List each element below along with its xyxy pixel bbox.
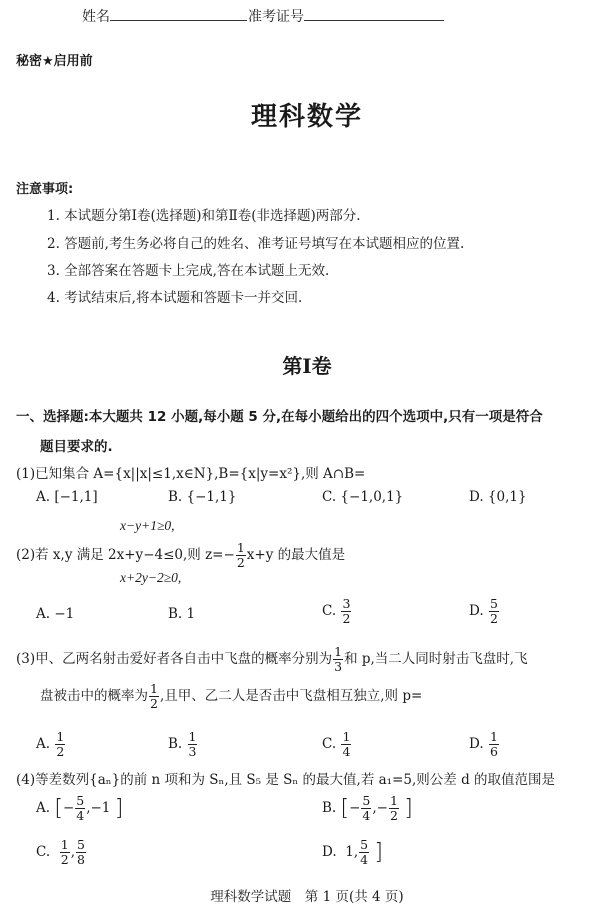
page-title: 理科数学: [0, 96, 614, 133]
notes-heading: 注意事项:: [16, 178, 73, 197]
q2-stem-prefix: (2)若 x,y 满足: [16, 547, 104, 563]
q4-option-b[interactable]: B. [−54,−12 ]: [322, 795, 413, 822]
exam-id-label: 准考证号: [248, 9, 304, 25]
q1-option-a[interactable]: A. [−1,1]: [36, 489, 98, 505]
note-item: 4. 考试结束后,将本试题和答题卡一并交回.: [47, 286, 302, 306]
q2-fraction: 12: [236, 542, 246, 569]
section-instruction-cont: 题目要求的.: [40, 435, 113, 455]
q1-option-b[interactable]: B. {−1,1}: [168, 489, 236, 505]
name-blank[interactable]: [110, 6, 247, 21]
note-item: 2. 答题前,考生务必将自己的姓名、准考证号填写在本试题相应的位置.: [47, 232, 464, 252]
q4-option-c[interactable]: C. 12,58: [36, 839, 87, 866]
name-label: 姓名: [82, 9, 110, 25]
question-3-stem-line2: 盘被击中的概率为12,且甲、乙二人是否击中飞盘相互独立,则 p=: [40, 683, 422, 710]
note-item: 1. 本试题分第Ⅰ卷(选择题)和第Ⅱ卷(非选择题)两部分.: [47, 204, 361, 224]
q2-option-a[interactable]: A. −1: [36, 606, 74, 622]
q2-stem-suffix: x+y 的最大值是: [247, 547, 345, 563]
question-4-stem: (4)等差数列{aₙ}的前 n 项和为 Sₙ,且 S₅ 是 Sₙ 的最大值,若 …: [16, 768, 555, 788]
q2-option-d[interactable]: D. 52: [469, 598, 500, 625]
q1-option-d[interactable]: D. {0,1}: [469, 489, 527, 505]
secret-label: 秘密★启用前: [16, 50, 93, 69]
q1-option-c[interactable]: C. {−1,0,1}: [322, 489, 403, 505]
q2-constraint-2: 2x+y−4≤0,则 z=−: [108, 547, 235, 563]
q3-option-a[interactable]: A. 12: [36, 731, 66, 758]
note-item: 3. 全部答案在答题卡上完成,答在本试题上无效.: [47, 259, 329, 279]
question-2-stem: (2)若 x,y 满足 2x+y−4≤0,则 z=−12x+y 的最大值是: [16, 542, 345, 569]
q3-option-d[interactable]: D. 16: [469, 731, 500, 758]
q4-option-d[interactable]: D. 1,54 ]: [322, 839, 383, 866]
question-1-stem: (1)已知集合 A={x||x|≤1,x∈N},B={x|y=x²},则 A∩B…: [16, 462, 365, 482]
name-field[interactable]: 姓名: [82, 6, 247, 26]
question-3-stem-line1: (3)甲、乙两名射击爱好者各自击中飞盘的概率分别为13和 p,当二人同时射击飞盘…: [16, 646, 528, 673]
page-footer: 理科数学试题 第 1 页(共 4 页): [0, 885, 614, 905]
part-title: 第Ⅰ卷: [0, 350, 614, 379]
q3-option-c[interactable]: C. 14: [322, 731, 352, 758]
q2-option-c[interactable]: C. 32: [322, 598, 352, 625]
section-instruction: 一、选择题:本大题共 12 小题,每小题 5 分,在每小题给出的四个选项中,只有…: [16, 405, 543, 425]
q3-option-b[interactable]: B. 13: [168, 731, 198, 758]
exam-id-field[interactable]: 准考证号: [248, 6, 444, 26]
exam-id-blank[interactable]: [304, 6, 444, 21]
q4-option-a[interactable]: A. [−54,−1 ]: [36, 795, 123, 822]
q2-option-b[interactable]: B. 1: [168, 606, 195, 622]
q2-constraint-3: x+2y−2≥0,: [120, 570, 181, 586]
q2-constraint-1: x−y+1≥0,: [120, 518, 175, 534]
